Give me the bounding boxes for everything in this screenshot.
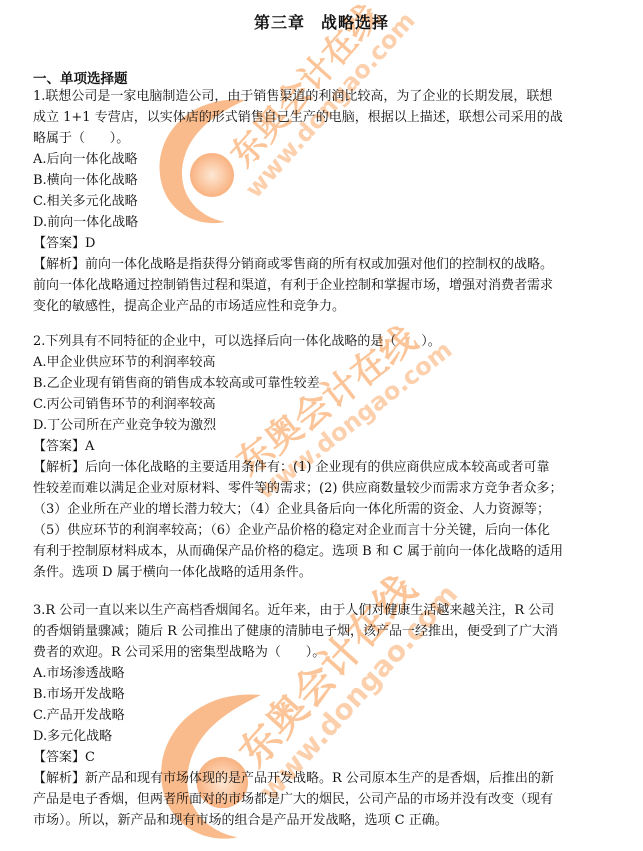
question-3: 3.R 公司一直以来以生产高档香烟闻名。近年来，由于人们对健康生活越来越关注，R… — [33, 600, 605, 831]
analysis-line: 市场）。所以，新产品和现有市场的组合是产品开发战略，选项 C 正确。 — [33, 810, 605, 831]
question-2: 2.下列具有不同特征的企业中，可以选择后向一体化战略的是（ ）。 A.甲企业供应… — [33, 331, 605, 583]
analysis-line: 【解析】后向一体化战略的主要适用条件有：(1) 企业现有的供应商供应成本较高或者… — [33, 457, 605, 478]
option-a: A.甲企业供应环节的利润率较高 — [33, 352, 605, 373]
page-title: 第三章战略选择 — [0, 10, 643, 33]
answer: 【答案】D — [33, 233, 605, 254]
analysis-line: 前向一体化战略通过控制销售过程和渠道，有利于企业控制和掌握市场，增强对消费者需求 — [33, 275, 605, 296]
option-b: B.乙企业现有销售商的销售成本较高或可靠性较差 — [33, 373, 605, 394]
answer: 【答案】A — [33, 436, 605, 457]
option-b: B.市场开发战略 — [33, 684, 605, 705]
option-a: A.市场渗透战略 — [33, 663, 605, 684]
section-heading: 一、单项选择题 — [33, 67, 128, 87]
option-b: B.横向一体化战略 — [33, 170, 605, 191]
question-stem-line: 1.联想公司是一家电脑制造公司，由于销售渠道的利润比较高，为了企业的长期发展，联… — [33, 86, 605, 107]
question-stem-line: 费者的欢迎。R 公司采用的密集型战略为（ ）。 — [33, 642, 605, 663]
option-c: C.产品开发战略 — [33, 705, 605, 726]
option-d: D.前向一体化战略 — [33, 212, 605, 233]
question-1: 1.联想公司是一家电脑制造公司，由于销售渠道的利润比较高，为了企业的长期发展，联… — [33, 86, 605, 317]
option-d: D.多元化战略 — [33, 726, 605, 747]
question-stem-line: 略属于（ ）。 — [33, 128, 605, 149]
analysis-line: （3）企业所在产业的增长潜力较大；（4）企业具备后向一体化所需的资金、人力资源等… — [33, 499, 605, 520]
question-stem-line: 的香烟销量骤减；随后 R 公司推出了健康的清肺电子烟，该产品一经推出，便受到了广… — [33, 621, 605, 642]
question-stem-line: 3.R 公司一直以来以生产高档香烟闻名。近年来，由于人们对健康生活越来越关注，R… — [33, 600, 605, 621]
analysis-line: （5）供应环节的利润率较高；（6）企业产品价格的稳定对企业而言十分关键，后向一体… — [33, 520, 605, 541]
analysis-line: 有利于控制原材料成本，从而确保产品价格的稳定。选项 B 和 C 属于前向一体化战… — [33, 541, 605, 562]
analysis-line: 变化的敏感性，提高企业产品的市场适应性和竞争力。 — [33, 296, 605, 317]
option-c: C.相关多元化战略 — [33, 191, 605, 212]
analysis-line: 性较差而难以满足企业对原材料、零件等的需求；(2) 供应商数量较少而需求方竞争者… — [33, 478, 605, 499]
answer: 【答案】C — [33, 747, 605, 768]
question-stem-line: 2.下列具有不同特征的企业中，可以选择后向一体化战略的是（ ）。 — [33, 331, 605, 352]
analysis-line: 【解析】新产品和现有市场体现的是产品开发战略。R 公司原本生产的是香烟，后推出的… — [33, 768, 605, 789]
option-a: A.后向一体化战略 — [33, 149, 605, 170]
analysis-line: 条件。选项 D 属于横向一体化战略的适用条件。 — [33, 562, 605, 583]
analysis-line: 产品是电子香烟，但两者所面对的市场都是广大的烟民，公司产品的市场并没有改变（现有 — [33, 789, 605, 810]
analysis-line: 【解析】前向一体化战略是指获得分销商或零售商的所有权或加强对他们的控制权的战略。 — [33, 254, 605, 275]
chapter-name: 战略选择 — [321, 13, 389, 32]
document-page: 东奥会计在线 www.dongao.com 东奥会计在线 www.dongao.… — [0, 0, 643, 851]
option-c: C.丙公司销售环节的利润率较高 — [33, 394, 605, 415]
chapter-number: 第三章 — [254, 13, 305, 32]
question-stem-line: 成立 1+1 专营店，以实体店的形式销售自己生产的电脑，根据以上描述，联想公司采… — [33, 107, 605, 128]
option-d: D.丁公司所在产业竞争较为激烈 — [33, 415, 605, 436]
